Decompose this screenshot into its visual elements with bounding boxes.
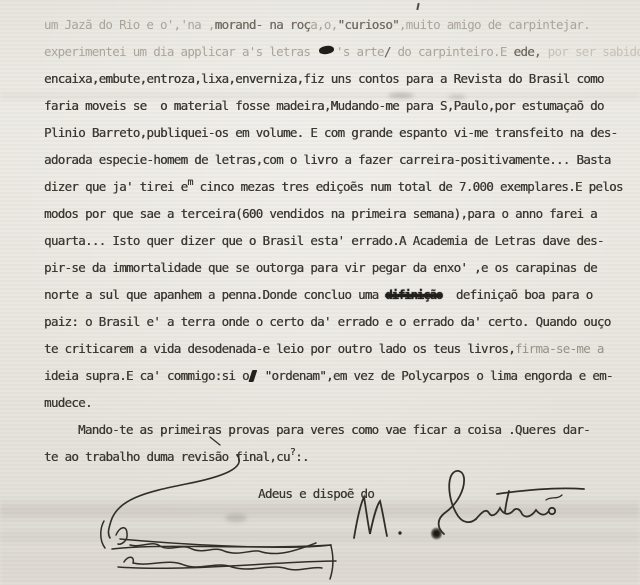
typed-line: te ao trabalho duma revisão final,cu?:. [44, 443, 624, 470]
typed-text: mudece. [44, 395, 92, 410]
typed-text: adorada especie-homem de letras,com o li… [44, 152, 611, 167]
scan-streak [0, 550, 640, 585]
signature-handwritten [354, 471, 584, 538]
typed-text: :. [295, 449, 309, 464]
letter-page: um Jazã do Rio e o','na ,morand- na roça… [0, 0, 640, 585]
typed-text: do carpinteiro.E [391, 44, 514, 59]
typed-text: um Jazã do Rio e o','na , [44, 17, 215, 32]
typed-text: norte a sul que apanhem a penna.Donde co… [44, 287, 385, 302]
typed-text: experimentei um dia applicar a's letras [44, 44, 317, 59]
scan-streak [0, 524, 640, 550]
ink-speck [416, 3, 419, 10]
typed-text: ,muito amigo de carpintejar. [399, 17, 590, 32]
typed-text: por ser sabido, [541, 44, 640, 59]
typed-text: morand- na roç [215, 17, 311, 32]
typed-text: Plinio Barreto,publiquei-os em volume. E… [44, 125, 617, 140]
typed-text: quarta... Isto quer dizer que o Brasil e… [44, 233, 604, 248]
typed-text: "curioso" [338, 17, 399, 32]
typed-text: definiçaõ boa para o [442, 287, 592, 302]
typed-text: te ao trabalho duma revisão final,cu [44, 449, 290, 464]
typed-line: modos por que sae a terceira(600 vendido… [44, 200, 624, 227]
typed-line: te criticarem a vida desodenada-e leio p… [44, 335, 624, 362]
typed-line: experimentei um dia applicar a's letras … [44, 38, 624, 65]
typed-text: Mando-te as primeiras provas para veres … [78, 422, 590, 437]
typed-line: mudece. [44, 389, 624, 416]
typed-text: 's arte [336, 44, 384, 59]
typed-text: m [187, 177, 192, 188]
typed-text: encaixa,embute,entroza,lixa,enverniza,fi… [44, 71, 604, 86]
typed-line: quarta... Isto quer dizer que o Brasil e… [44, 227, 624, 254]
typed-text: / [384, 44, 391, 59]
typed-text: modos por que sae a terceira(600 vendido… [44, 206, 597, 221]
typed-text: difinição [385, 287, 442, 302]
ink-slash-overstrike [248, 370, 257, 382]
typed-text: dizer que ja' tirei [44, 179, 181, 194]
typed-text: ideia supra.E ca' commigo:si o [44, 368, 249, 383]
typed-line: norte a sul que apanhem a penna.Donde co… [44, 281, 624, 308]
ink-blot-overstrike [319, 45, 335, 55]
typed-line: adorada especie-homem de letras,com o li… [44, 146, 624, 173]
typed-text: "ordenam",em vez de Polycarpos o lima en… [258, 368, 613, 383]
ink-smudge [225, 514, 247, 522]
typed-text: a,o, [310, 17, 337, 32]
typed-line: paiz: o Brasil e' a terra onde o certo d… [44, 308, 624, 335]
typed-text: paiz: o Brasil e' a terra onde o certo d… [44, 314, 611, 329]
typed-line: Plinio Barreto,publiquei-os em volume. E… [44, 119, 624, 146]
typed-line: dizer que ja' tirei em cinco mezas tres … [44, 173, 624, 200]
typed-text: ? [290, 447, 295, 458]
typed-text: te criticarem a vida desodenada-e leio p… [44, 341, 515, 356]
typed-text: faria moveis se o material fosse madeira… [44, 98, 604, 113]
handwritten-note-crossed-out [101, 521, 336, 579]
typed-line: encaixa,embute,entroza,lixa,enverniza,fi… [44, 65, 624, 92]
typed-line: faria moveis se o material fosse madeira… [44, 92, 624, 119]
typed-line: Mando-te as primeiras provas para veres … [44, 416, 624, 443]
typed-text: ede, [514, 44, 541, 59]
closing-line: Adeus e dispoẽ do [258, 486, 374, 501]
typed-line: ideia supra.E ca' commigo:si o "ordenam"… [44, 362, 624, 389]
ink-blot [431, 527, 442, 540]
typed-text: pir-se da immortalidade que se outorga p… [44, 260, 597, 275]
typed-line: um Jazã do Rio e o','na ,morand- na roça… [44, 11, 624, 38]
typed-lines: um Jazã do Rio e o','na ,morand- na roça… [44, 11, 624, 470]
typed-text: cinco mezas tres ediçoẽs num total de 7.… [193, 179, 623, 194]
typed-text: firma-se-me a [515, 341, 604, 356]
scan-streak [0, 497, 640, 525]
typed-line: pir-se da immortalidade que se outorga p… [44, 254, 624, 281]
